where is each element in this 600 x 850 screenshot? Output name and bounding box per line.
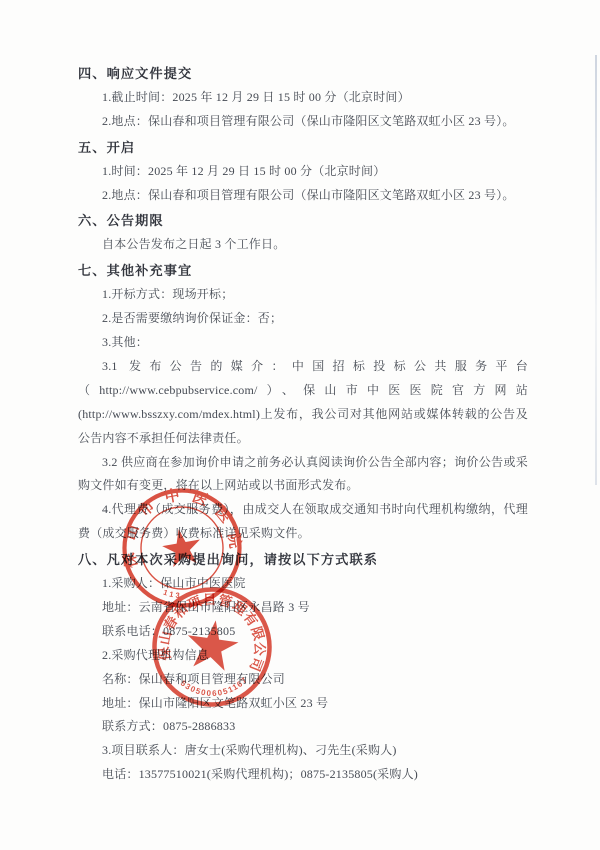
doc-line: 1.开标方式：现场开标；	[78, 283, 528, 307]
section-7: 七、其他补充事宜 1.开标方式：现场开标； 2.是否需要缴纳询价保证金：否； 3…	[78, 259, 528, 546]
doc-paragraph: 3.1 发布公告的媒介：中国招标投标公共服务平台（http://www.cebp…	[78, 355, 528, 451]
doc-line: 2.是否需要缴纳询价保证金：否；	[78, 307, 528, 331]
section-6: 六、公告期限 自本公告发布之日起 3 个工作日。	[78, 209, 528, 257]
doc-line: 名称：保山春和项目管理有限公司	[78, 668, 528, 692]
section-heading: 六、公告期限	[78, 209, 528, 233]
section-5: 五、开启 1.时间：2025 年 12 月 29 日 15 时 00 分（北京时…	[78, 136, 528, 208]
doc-line: 自本公告发布之日起 3 个工作日。	[78, 233, 528, 257]
doc-line: 2.采购代理机构信息	[78, 644, 528, 668]
section-heading: 四、响应文件提交	[78, 62, 528, 86]
document-page: 四、响应文件提交 1.截止时间：2025 年 12 月 29 日 15 时 00…	[0, 0, 600, 850]
doc-line: 3.项目联系人：唐女士(采购代理机构)、刁先生(采购人)	[78, 739, 528, 763]
doc-line: 2.地点：保山春和项目管理有限公司（保山市隆阳区文笔路双虹小区 23 号）。	[78, 110, 528, 134]
doc-line: 1.截止时间：2025 年 12 月 29 日 15 时 00 分（北京时间）	[78, 86, 528, 110]
doc-line: 2.地点：保山春和项目管理有限公司（保山市隆阳区文笔路双虹小区 23 号）。	[78, 184, 528, 208]
doc-line: 联系方式：0875-2886833	[78, 715, 528, 739]
doc-line: 地址：云南省保山市隆阳区永昌路 3 号	[78, 596, 528, 620]
section-heading: 七、其他补充事宜	[78, 259, 528, 283]
doc-paragraph: 4.代理费（成交服务费），由成交人在领取成交通知书时向代理机构缴纳，代理费（成交…	[78, 498, 528, 546]
doc-line: 1.采购人：保山市中医医院	[78, 572, 528, 596]
doc-line: 电话：13577510021(采购代理机构)；0875-2135805(采购人)	[78, 763, 528, 787]
doc-line: 地址：保山市隆阳区文笔路双虹小区 23 号	[78, 692, 528, 716]
section-heading: 五、开启	[78, 136, 528, 160]
doc-line: 3.其他：	[78, 331, 528, 355]
section-4: 四、响应文件提交 1.截止时间：2025 年 12 月 29 日 15 时 00…	[78, 62, 528, 134]
section-heading: 八、凡对本次采购提出询问，请按以下方式联系	[78, 548, 528, 572]
doc-line: 联系电话：0875-2135805	[78, 620, 528, 644]
section-8: 八、凡对本次采购提出询问，请按以下方式联系 1.采购人：保山市中医医院 地址：云…	[78, 548, 528, 787]
doc-line: 1.时间：2025 年 12 月 29 日 15 时 00 分（北京时间）	[78, 160, 528, 184]
doc-paragraph: 3.2 供应商在参加询价申请之前务必认真阅读询价公告全部内容；询价公告或采购文件…	[78, 451, 528, 499]
